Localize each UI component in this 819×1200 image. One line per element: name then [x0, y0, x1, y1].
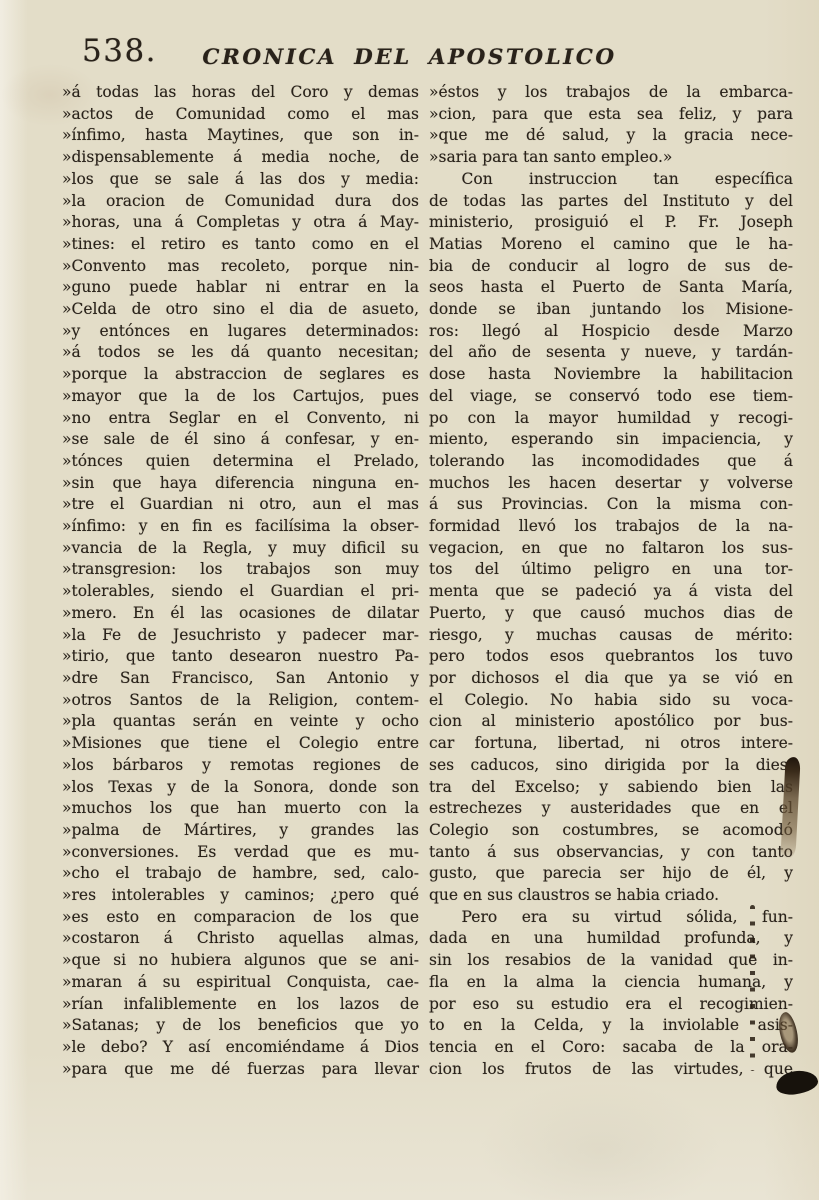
text-line: »éstos y los trabajos de la embarca- [429, 82, 793, 104]
text-line: »transgresion: los trabajos son muy [62, 559, 419, 581]
text-line: Matias Moreno el camino que le ha- [429, 234, 793, 256]
text-line: fla en la alma la ciencia humana, y [429, 972, 793, 994]
text-line: »dispensablemente á media noche, de [62, 147, 419, 169]
text-line: tra del Excelso; y sabiendo bien las [429, 777, 793, 799]
text-line: »mayor que la de los Cartujos, pues [62, 386, 419, 408]
text-line: »tónces quien determina el Prelado, [62, 451, 419, 473]
text-line: »tolerables, siendo el Guardian el pri- [62, 581, 419, 603]
text-line: car fortuna, libertad, ni otros intere- [429, 733, 793, 755]
text-line: »para que me dé fuerzas para llevar [62, 1059, 419, 1081]
text-line: »dre San Francisco, San Antonio y [62, 668, 419, 690]
text-line: tencia en el Coro: sacaba de la ora- [429, 1037, 793, 1059]
text-line: »la oracion de Comunidad dura dos [62, 191, 419, 213]
text-line: »otros Santos de la Religion, contem- [62, 690, 419, 712]
text-line: »se sale de él sino á confesar, y en- [62, 429, 419, 451]
running-title: CRONICA DEL APOSTOLICO [0, 45, 819, 70]
text-line: »á todos se les dá quanto necesitan; [62, 342, 419, 364]
text-line: donde se iban juntando los Misione- [429, 299, 793, 321]
text-line: riesgo, y muchas causas de mérito: [429, 625, 793, 647]
text-line: sin los resabios de la vanidad que in- [429, 950, 793, 972]
text-line: »á todas las horas del Coro y demas [62, 82, 419, 104]
text-line: por eso su estudio era el recogimien- [429, 994, 793, 1016]
text-line: »mero. En él las ocasiones de dilatar [62, 603, 419, 625]
text-line: »palma de Mártires, y grandes las [62, 820, 419, 842]
text-line: tos del último peligro en una tor- [429, 559, 793, 581]
text-line: de todas las partes del Instituto y del [429, 191, 793, 213]
text-line: »los Texas y de la Sonora, donde son [62, 777, 419, 799]
text-line: »res intolerables y caminos; ¿pero qué [62, 885, 419, 907]
text-line: pero todos esos quebrantos los tuvo [429, 646, 793, 668]
text-line: »Convento mas recoleto, porque nin- [62, 256, 419, 278]
text-line: »es esto en comparacion de los que [62, 907, 419, 929]
text-line: »tirio, que tanto desearon nuestro Pa- [62, 646, 419, 668]
text-line: por dichosos el dia que ya se vió en [429, 668, 793, 690]
text-line: ministerio, prosiguió el P. Fr. Joseph [429, 212, 793, 234]
text-line: »vancia de la Regla, y muy dificil su [62, 538, 419, 560]
text-line: »rían infaliblemente en los lazos de [62, 994, 419, 1016]
text-line: »sin que haya diferencia ninguna en- [62, 473, 419, 495]
text-line: menta que se padeció ya á vista del [429, 581, 793, 603]
text-line: estrechezes y austeridades que en el [429, 798, 793, 820]
text-line: »y entónces en lugares determinados: [62, 321, 419, 343]
text-line: »cho el trabajo de hambre, sed, calo- [62, 863, 419, 885]
text-line: »Misiones que tiene el Colegio entre [62, 733, 419, 755]
text-line: »horas, una á Completas y otra á May- [62, 212, 419, 234]
text-line: »los que se sale á las dos y media: [62, 169, 419, 191]
text-line: cion los frutos de las virtudes, que [429, 1059, 793, 1081]
text-line: á sus Provincias. Con la misma con- [429, 494, 793, 516]
text-line: Colegio son costumbres, se acomodó [429, 820, 793, 842]
text-line: »tre el Guardian ni otro, aun el mas [62, 494, 419, 516]
text-line: »actos de Comunidad como el mas [62, 104, 419, 126]
text-line: cion al ministerio apostólico por bus- [429, 711, 793, 733]
text-line: Pero era su virtud sólida, fun- [429, 907, 793, 929]
text-line: Con instruccion tan específica [429, 169, 793, 191]
text-line: miento, esperando sin impaciencia, y [429, 429, 793, 451]
text-line: »Celda de otro sino el dia de asueto, [62, 299, 419, 321]
text-line: »cion, para que esta sea feliz, y para [429, 104, 793, 126]
text-line: del año de sesenta y nueve, y tardán- [429, 342, 793, 364]
text-line: seos hasta el Puerto de Santa María, [429, 277, 793, 299]
text-line: »porque la abstraccion de seglares es [62, 364, 419, 386]
text-line: »que me dé salud, y la gracia nece- [429, 125, 793, 147]
text-line: bia de conducir al logro de sus de- [429, 256, 793, 278]
text-line: »no entra Seglar en el Convento, ni [62, 408, 419, 430]
text-line: tolerando las incomodidades que á [429, 451, 793, 473]
text-line: »los bárbaros y remotas regiones de [62, 755, 419, 777]
text-line: to en la Celda, y la inviolable asis- [429, 1015, 793, 1037]
text-line: vegacion, en que no faltaron los sus- [429, 538, 793, 560]
text-line: dada en una humildad profunda, y [429, 928, 793, 950]
text-line: »la Fe de Jesuchristo y padecer mar- [62, 625, 419, 647]
text-line: tanto á sus observancias, y con tanto [429, 842, 793, 864]
text-line: muchos les hacen desertar y volverse [429, 473, 793, 495]
text-line: »guno puede hablar ni entrar en la [62, 277, 419, 299]
book-page-scan: 538. CRONICA DEL APOSTOLICO »á todas las… [0, 0, 819, 1200]
text-line: dose hasta Noviembre la habilitacion [429, 364, 793, 386]
text-line: el Colegio. No habia sido su voca- [429, 690, 793, 712]
right-text-column: »éstos y los trabajos de la embarca-»cio… [429, 82, 793, 1080]
text-line: »ínfimo, hasta Maytines, que son in- [62, 125, 419, 147]
text-line: »costaron á Christo aquellas almas, [62, 928, 419, 950]
text-line: »le debo? Y así encomiéndame á Dios [62, 1037, 419, 1059]
text-line: »saria para tan santo empleo.» [429, 147, 793, 169]
text-line: »pla quantas serán en veinte y ocho [62, 711, 419, 733]
left-text-column: »á todas las horas del Coro y demas»acto… [62, 82, 419, 1080]
text-line: »maran á su espiritual Conquista, cae- [62, 972, 419, 994]
text-line: »Satanas; y de los beneficios que yo [62, 1015, 419, 1037]
text-line: del viage, se conservó todo ese tiem- [429, 386, 793, 408]
text-line: po con la mayor humildad y recogi- [429, 408, 793, 430]
text-line: »muchos los que han muerto con la [62, 798, 419, 820]
text-line: »que si no hubiera algunos que se ani- [62, 950, 419, 972]
text-line: que en sus claustros se habia criado. [429, 885, 793, 907]
text-line: gusto, que parecia ser hijo de él, y [429, 863, 793, 885]
text-line: Puerto, y que causó muchos dias de [429, 603, 793, 625]
text-line: ros: llegó al Hospicio desde Marzo [429, 321, 793, 343]
text-line: »tines: el retiro es tanto como en el [62, 234, 419, 256]
text-line: ses caducos, sino dirigida por la dies- [429, 755, 793, 777]
text-line: formidad llevó los trabajos de la na- [429, 516, 793, 538]
binding-edge-dots [750, 905, 755, 1071]
text-line: »ínfimo: y en fin es facilísima la obser… [62, 516, 419, 538]
text-line: »conversiones. Es verdad que es mu- [62, 842, 419, 864]
